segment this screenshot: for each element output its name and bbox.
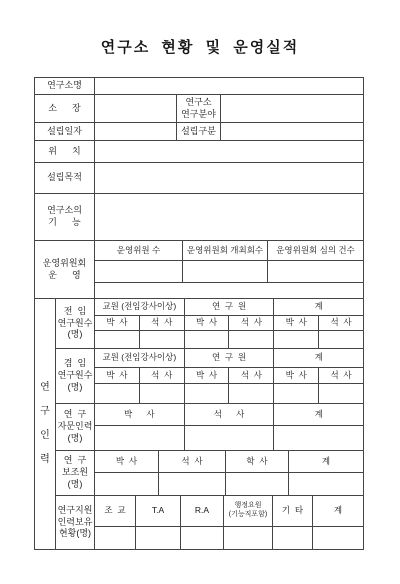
input-cell-director[interactable] [95,95,177,122]
personnel-groups: 전 임 연구원수 (명) 교원 (전임강사이상) 연 구 원 계 박 사 석 사… [56,299,363,549]
header-ta: T.A [136,496,181,526]
input-cell-committee-meetings[interactable] [183,261,268,282]
input-cell-institute-name[interactable] [95,78,363,94]
group-advisory: 연 구 자문인력 (명) 박 사 석 사 계 [56,404,363,451]
label-research-field: 연구소 연구분야 [177,95,221,122]
header-phd: 박 사 [185,316,230,330]
input-cell[interactable] [185,384,230,403]
header-total: 계 [289,451,363,472]
input-cell[interactable] [319,384,363,403]
input-cell-committee-reviews[interactable] [268,261,363,282]
label-adjunct: 겸 임 연구원수 (명) [56,349,95,403]
header-phd: 박 사 [185,368,230,383]
fulltime-sub-header-row: 박 사 석 사 박 사 석 사 박 사 석 사 [95,316,363,331]
input-cell[interactable] [274,331,319,348]
label-personnel-vertical: 연 구 인 력 [35,299,56,549]
header-faculty: 교원 (전임강사이상) [95,299,185,315]
input-cell[interactable] [273,527,313,549]
header-committee-members: 운영위원 수 [95,241,183,260]
row-location: 위 치 [35,141,363,163]
label-location: 위 치 [35,141,95,162]
row-function: 연구소의 기 능 [35,194,363,241]
label-committee: 운영위원회 운 영 [35,241,95,298]
header-masters: 석 사 [229,316,274,330]
committee-note-row [95,283,363,298]
input-cell-committee-note[interactable] [95,283,363,298]
committee-header-row: 운영위원 수 운영위원회 개최회수 운영위원회 심의 건수 [95,241,363,261]
label-fulltime: 전 임 연구원수 (명) [56,299,95,348]
group-support: 연구지원 인력보유 현황(명) 조 교 T.A R.A 행정요원 (기능직포함)… [56,496,363,549]
row-institute-name: 연구소명 [35,78,363,95]
advisory-value-row [95,426,363,450]
row-director-field: 소 장 연구소 연구분야 [35,95,363,123]
input-cell[interactable] [136,527,181,549]
header-masters: 석 사 [319,368,363,383]
header-phd: 박 사 [95,404,185,425]
row-committee: 운영위원회 운 영 운영위원 수 운영위원회 개최회수 운영위원회 심의 건수 [35,241,363,299]
assistant-subtable: 박 사 석 사 학 사 계 [95,451,363,495]
input-cell[interactable] [229,384,274,403]
input-cell[interactable] [185,331,230,348]
input-cell-founding-type[interactable] [221,123,363,140]
header-phd: 박 사 [274,368,319,383]
input-cell[interactable] [274,426,363,450]
fulltime-subtable: 교원 (전임강사이상) 연 구 원 계 박 사 석 사 박 사 석 사 박 사 … [95,299,363,348]
label-founded-date: 설립일자 [35,123,95,140]
fulltime-group-header-row: 교원 (전임강사이상) 연 구 원 계 [95,299,363,316]
label-purpose: 설립목적 [35,163,95,193]
input-cell-research-field[interactable] [221,95,363,122]
input-cell[interactable] [140,331,185,348]
input-cell[interactable] [229,331,274,348]
adjunct-value-row [95,384,363,403]
input-cell-location[interactable] [95,141,363,162]
header-assistant-instructor: 조 교 [95,496,136,526]
input-cell[interactable] [95,331,140,348]
personnel-side-char: 인 [40,430,50,442]
label-institute-name: 연구소명 [35,78,95,94]
input-cell[interactable] [95,473,159,495]
header-admin-staff: 행정요원 (기능직포함) [224,496,273,526]
header-masters: 석 사 [229,368,274,383]
form-document: 연구소 현황 및 운영실적 연구소명 소 장 연구소 연구분야 설립일자 설립구… [0,0,400,584]
group-assistant: 연 구 보조원 (명) 박 사 석 사 학 사 계 [56,451,363,496]
label-support: 연구지원 인력보유 현황(명) [56,496,95,549]
support-value-row [95,527,363,549]
header-total: 계 [274,349,363,367]
input-cell[interactable] [140,384,185,403]
header-masters: 석 사 [319,316,363,330]
input-cell-founded-date[interactable] [95,123,177,140]
advisory-subtable: 박 사 석 사 계 [95,404,363,450]
header-phd: 박 사 [95,451,159,472]
header-researcher: 연 구 원 [185,349,275,367]
input-cell[interactable] [185,426,275,450]
header-committee-reviews: 운영위원회 심의 건수 [268,241,363,260]
input-cell[interactable] [289,473,363,495]
support-header-row: 조 교 T.A R.A 행정요원 (기능직포함) 기 타 계 [95,496,363,527]
input-cell[interactable] [95,384,140,403]
committee-value-row [95,261,363,283]
input-cell[interactable] [95,527,136,549]
group-adjunct: 겸 임 연구원수 (명) 교원 (전임강사이상) 연 구 원 계 박 사 석 사… [56,349,363,404]
row-personnel: 연 구 인 력 전 임 연구원수 (명) 교원 (전임강사이상) 연 구 원 계 [35,299,363,549]
header-faculty: 교원 (전임강사이상) [95,349,185,367]
advisory-header-row: 박 사 석 사 계 [95,404,363,426]
header-total: 계 [274,404,363,425]
row-founded-type: 설립일자 설립구분 [35,123,363,141]
label-advisory: 연 구 자문인력 (명) [56,404,95,450]
header-masters: 석 사 [185,404,275,425]
header-bachelors: 학 사 [226,451,289,472]
input-cell[interactable] [319,331,363,348]
input-cell[interactable] [159,473,226,495]
header-masters: 석 사 [140,368,185,383]
header-masters: 석 사 [140,316,185,330]
header-phd: 박 사 [95,316,140,330]
label-director: 소 장 [35,95,95,122]
input-cell[interactable] [274,384,319,403]
header-total: 계 [274,299,363,315]
adjunct-group-header-row: 교원 (전임강사이상) 연 구 원 계 [95,349,363,368]
label-function: 연구소의 기 능 [35,194,95,240]
input-cell[interactable] [313,527,363,549]
form-table: 연구소명 소 장 연구소 연구분야 설립일자 설립구분 위 치 설립목적 [34,77,364,550]
assistant-value-row [95,473,363,495]
row-purpose: 설립목적 [35,163,363,194]
committee-subtable: 운영위원 수 운영위원회 개최회수 운영위원회 심의 건수 [95,241,363,298]
adjunct-subtable: 교원 (전임강사이상) 연 구 원 계 박 사 석 사 박 사 석 사 박 사 … [95,349,363,403]
support-subtable: 조 교 T.A R.A 행정요원 (기능직포함) 기 타 계 [95,496,363,549]
header-ra: R.A [181,496,224,526]
header-phd: 박 사 [95,368,140,383]
input-cell[interactable] [226,473,289,495]
input-cell[interactable] [224,527,273,549]
personnel-side-char: 연 [40,382,50,394]
input-cell-committee-members[interactable] [95,261,183,282]
input-cell-purpose[interactable] [95,163,363,193]
adjunct-sub-header-row: 박 사 석 사 박 사 석 사 박 사 석 사 [95,368,363,384]
input-cell[interactable] [181,527,224,549]
header-other: 기 타 [273,496,313,526]
header-committee-meetings: 운영위원회 개최회수 [183,241,268,260]
fulltime-value-row [95,331,363,348]
group-fulltime: 전 임 연구원수 (명) 교원 (전임강사이상) 연 구 원 계 박 사 석 사… [56,299,363,349]
header-researcher: 연 구 원 [185,299,275,315]
personnel-side-char: 구 [40,406,50,418]
label-founding-type: 설립구분 [177,123,221,140]
header-total: 계 [313,496,363,526]
input-cell-function[interactable] [95,194,363,240]
header-masters: 석 사 [159,451,226,472]
page-title: 연구소 현황 및 운영실적 [0,36,400,57]
personnel-side-char: 력 [40,454,50,466]
header-phd: 박 사 [274,316,319,330]
input-cell[interactable] [95,426,185,450]
assistant-header-row: 박 사 석 사 학 사 계 [95,451,363,473]
label-assistant: 연 구 보조원 (명) [56,451,95,495]
